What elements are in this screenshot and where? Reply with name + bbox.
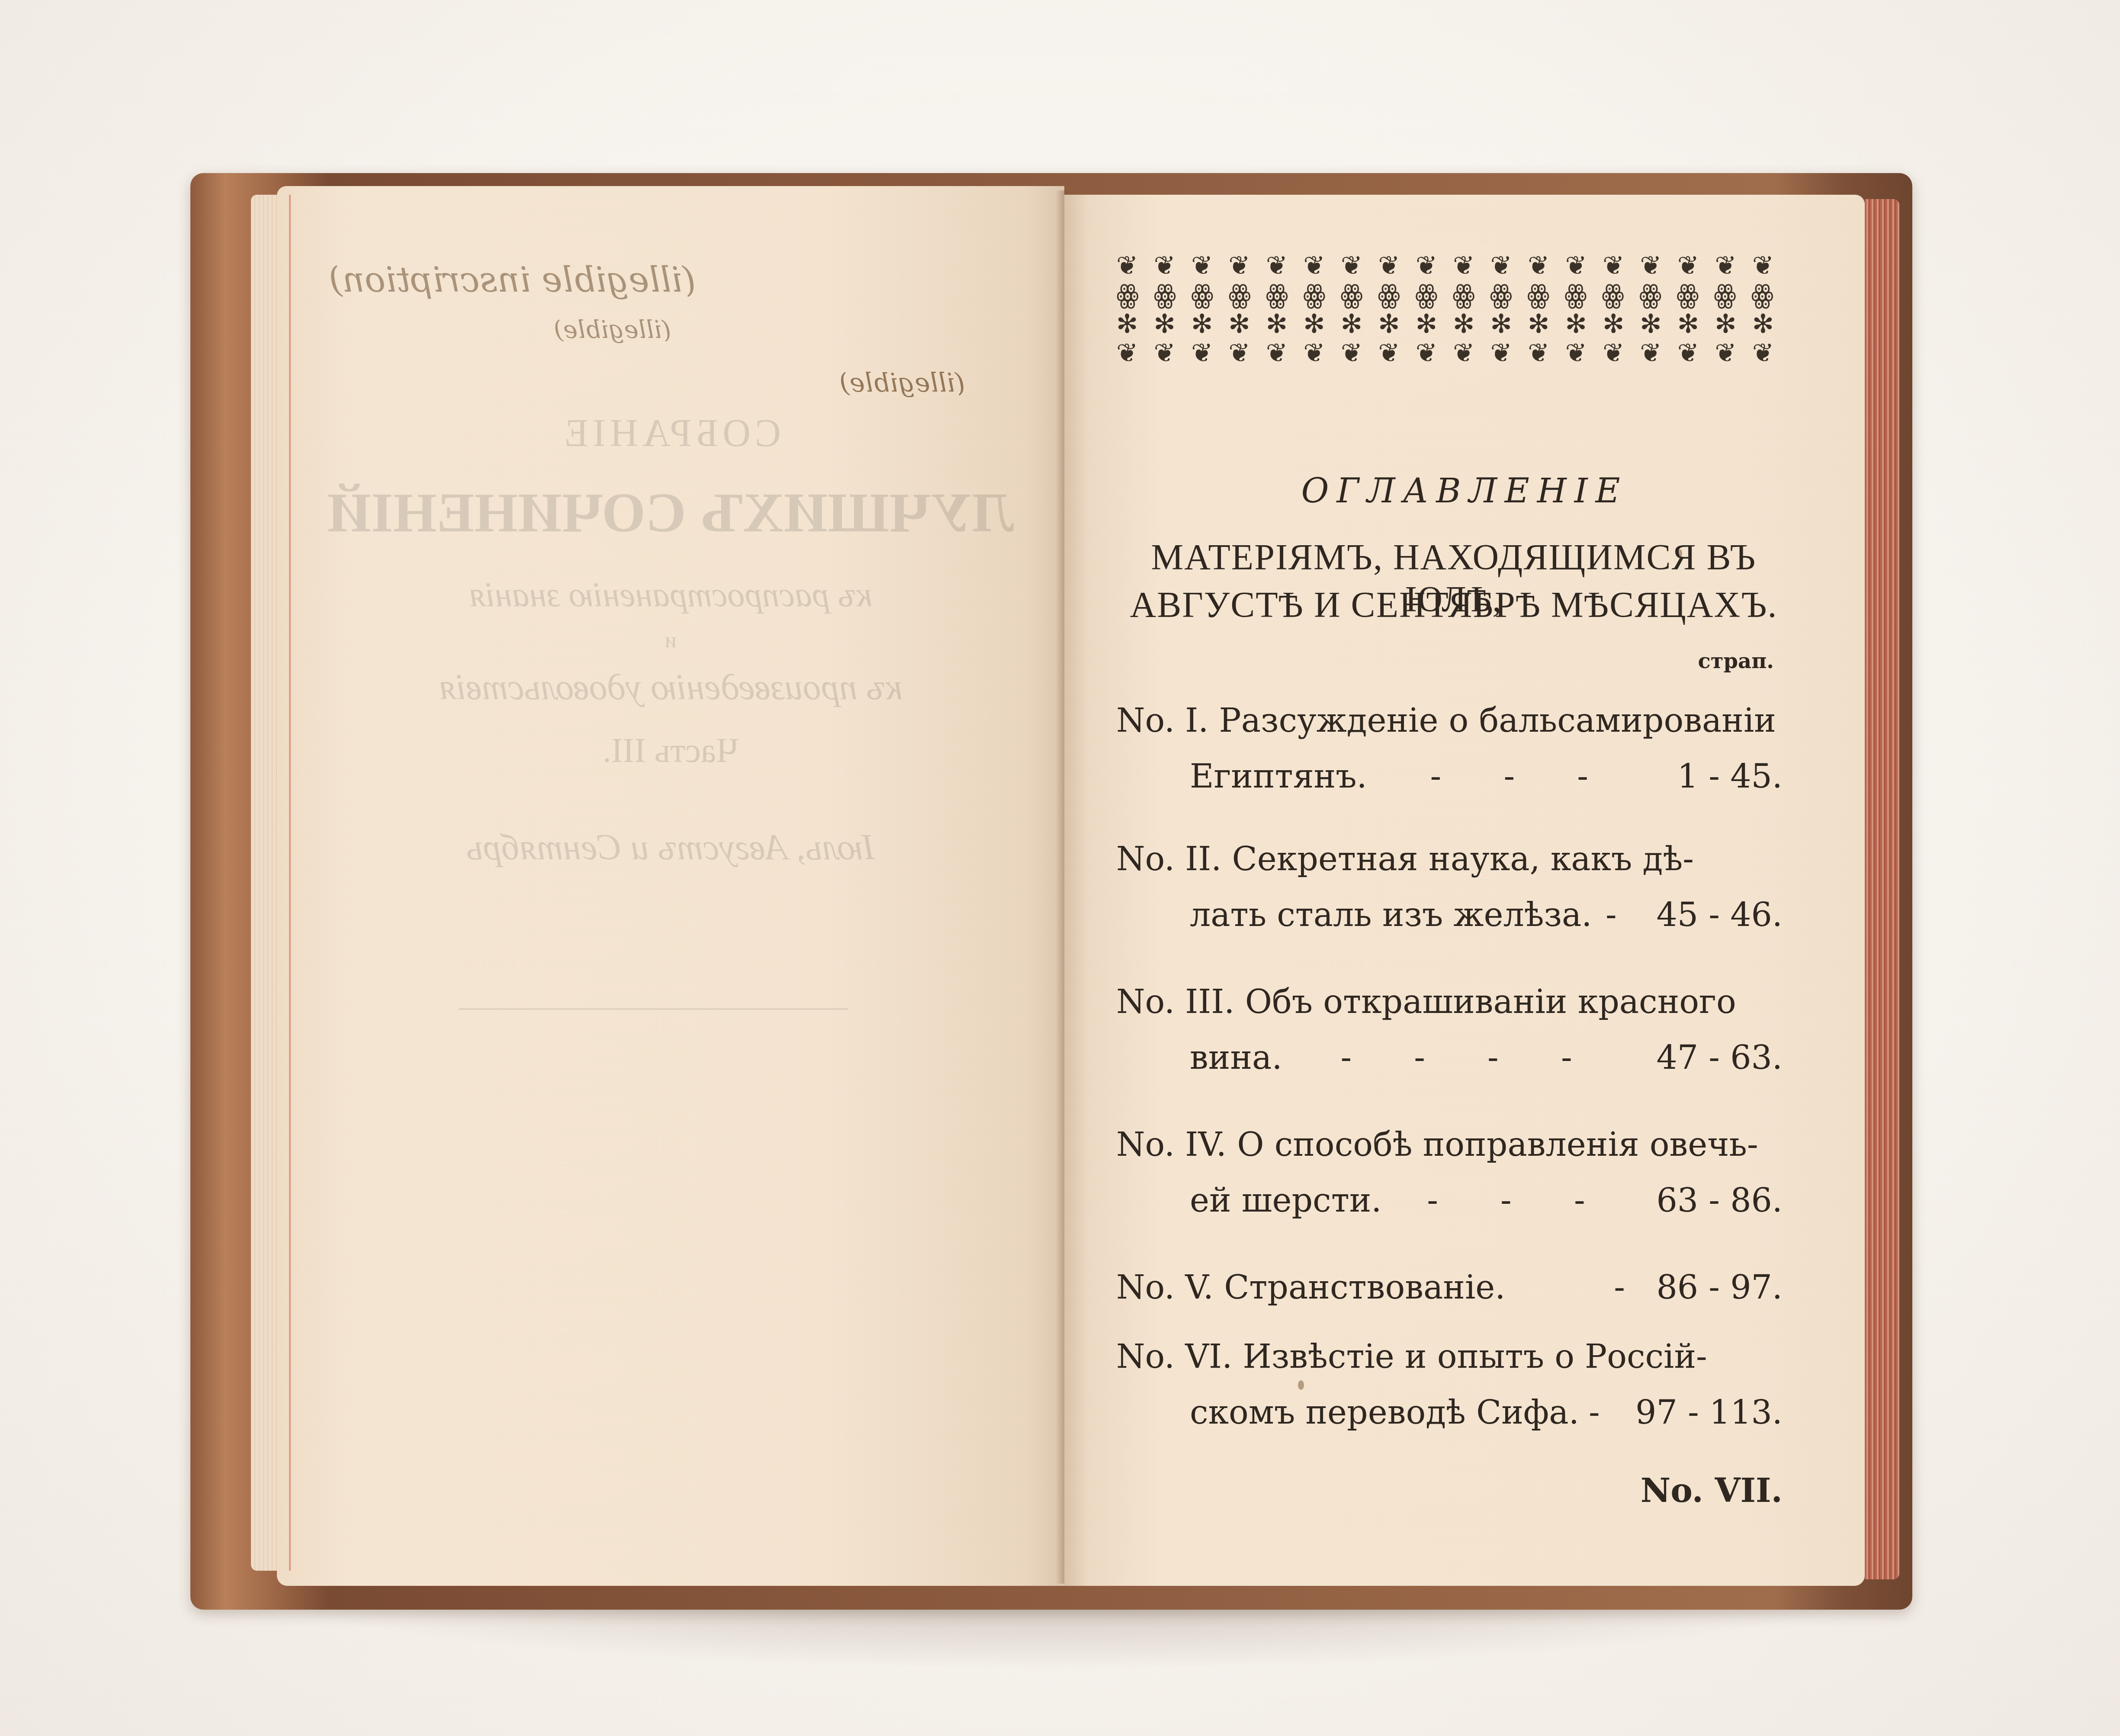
bleed-through-line: СОБРАНІЕ [277,411,1064,456]
page-range: 47 - 63. [1656,1038,1783,1077]
toc-entry: No. V. Странствованіе.- 86 - 97. [1116,1268,1783,1306]
handwritten-inscription-2: (illegible) [554,316,671,344]
page-range: 45 - 46. [1656,895,1783,934]
page-range: 1 - 45. [1677,757,1783,795]
toc-entry: No. III. Объ открашиваніи красного вина.… [1116,982,1783,1077]
toc-entry: No. I. Разсужденіе о бальсамированіи Еги… [1116,701,1783,795]
bleed-through-line: и [277,627,1064,653]
bleed-through-rule [459,1008,848,1010]
bleed-through-line: къ произведенію удовольствія [277,666,1064,708]
right-page-red-edges [1865,199,1899,1579]
handwritten-date: (illegible) [839,368,965,398]
ornament-row: ✻✻✻✻✻✻✻✻✻✻✻✻✻✻✻✻✻✻ [1116,309,1774,339]
right-page: ❦❦❦❦❦❦❦❦❦❦❦❦❦❦❦❦❦❦ ꙮꙮꙮꙮꙮꙮꙮꙮꙮꙮꙮꙮꙮꙮꙮꙮꙮꙮ ✻✻… [1064,195,1865,1586]
page-range: 86 - 97. [1656,1268,1783,1306]
ornament-row: ❦❦❦❦❦❦❦❦❦❦❦❦❦❦❦❦❦❦ [1116,339,1774,368]
page-range: 63 - 86. [1656,1181,1783,1219]
ornament-row: ❦❦❦❦❦❦❦❦❦❦❦❦❦❦❦❦❦❦ [1116,251,1774,280]
red-margin-rule [289,195,291,1571]
bleed-through-line: ЛУЧШИХЪ СОЧИНЕНІЙ [277,480,1064,545]
page-title: ОГЛАВЛЕНІЕ [1064,472,1865,511]
page-range: 97 - 113. [1635,1393,1783,1431]
paper-speck [1298,1380,1304,1390]
bleed-through-line: къ распространенію знанія [277,575,1064,615]
catchword: No. VII. [1641,1471,1783,1510]
toc-entry: No. IV. О способѣ поправленія овечь- ей … [1116,1125,1783,1219]
bleed-through-line: Іюль, Августъ и Сентябрь [277,826,1064,868]
handwritten-inscription: (illegible inscription) [329,260,696,300]
subtitle-line-2: АВГУСТѢ И СЕНТЯБРѢ МѢСЯЦАХЪ. [1108,584,1800,626]
printer-ornament-band: ❦❦❦❦❦❦❦❦❦❦❦❦❦❦❦❦❦❦ ꙮꙮꙮꙮꙮꙮꙮꙮꙮꙮꙮꙮꙮꙮꙮꙮꙮꙮ ✻✻… [1116,251,1774,368]
paper-speck [1679,550,1682,557]
ornament-row: ꙮꙮꙮꙮꙮꙮꙮꙮꙮꙮꙮꙮꙮꙮꙮꙮꙮꙮ [1116,280,1774,310]
bleed-through-line: Часть III. [277,731,1064,771]
toc-entry: No. II. Секретная наука, какъ дѣ- лать с… [1116,839,1783,934]
pages-column-label: страп. [1698,649,1774,673]
toc-entry: No. VI. Извѣстіе и опытъ о Россій- скомъ… [1116,1337,1783,1431]
left-page-edges [251,195,277,1571]
left-page: (illegible inscription) (illegible) (ill… [277,186,1064,1586]
